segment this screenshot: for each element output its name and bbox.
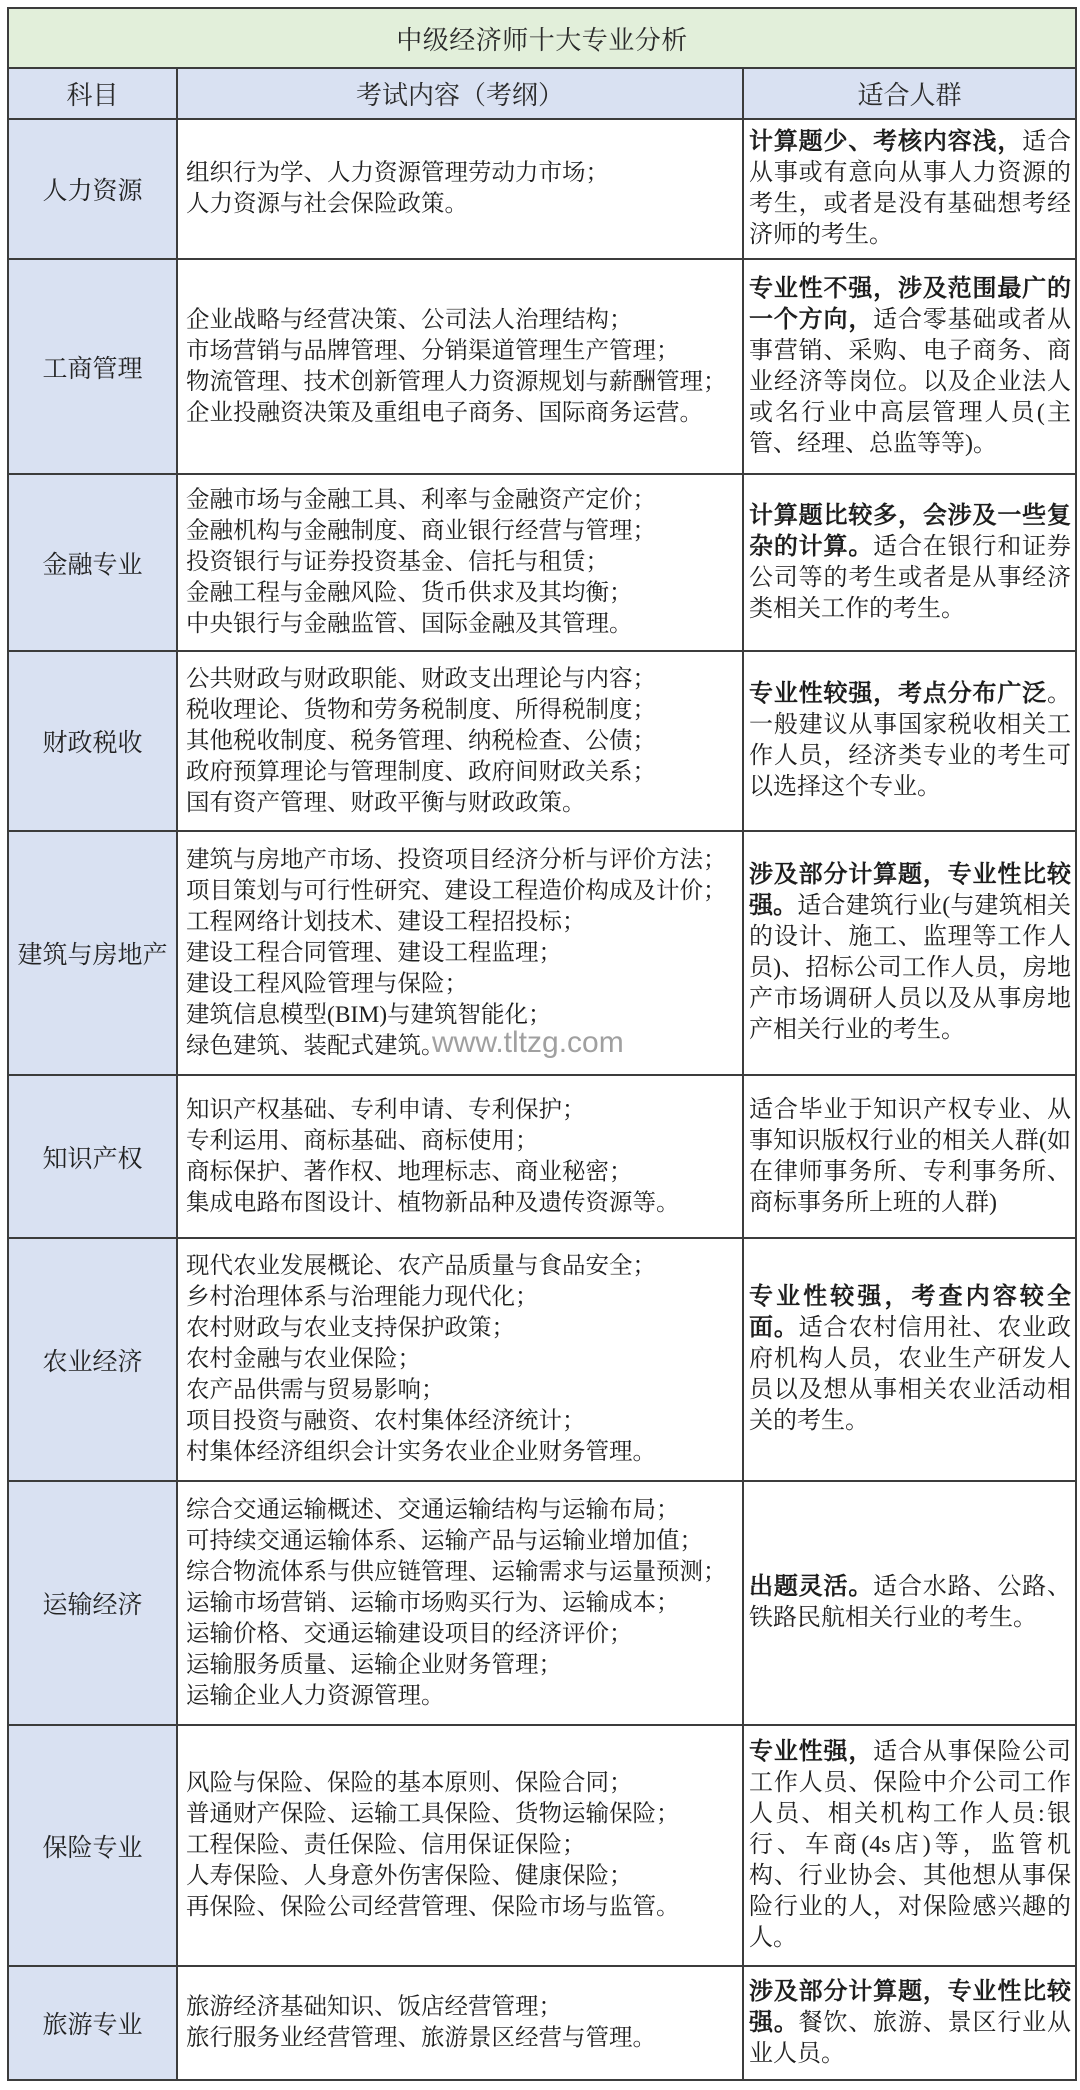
subject-cell: 农业经济 bbox=[9, 1239, 178, 1482]
subject-cell: 保险专业 bbox=[9, 1726, 178, 1967]
exam-content-cell: 公共财政与财政职能、财政支出理论与内容； 税收理论、货物和劳务税制度、所得税制度… bbox=[178, 652, 744, 832]
exam-content-cell: 综合交通运输概述、交通运输结构与运输布局； 可持续交通运输体系、运输产品与运输业… bbox=[178, 1482, 744, 1726]
header-subject-label: 科目 bbox=[66, 75, 118, 112]
content-line: 建筑与房地产市场、投资项目经济分析与评价方法； bbox=[186, 845, 742, 876]
audience-highlight: 计算题少、考核内容浅， bbox=[749, 129, 1022, 155]
audience-text: 适合建筑行业(与建筑相关的设计、施工、监理等工作人员)、招标公司工作人员，房地产… bbox=[749, 893, 1071, 1043]
table-title-text: 中级经济师十大专业分析 bbox=[396, 20, 688, 57]
content-line: 再保险、保险公司经营管理、保险市场与监管。 bbox=[186, 1892, 742, 1923]
content-line: 企业投融资决策及重组电子商务、国际商务运营。 bbox=[186, 398, 742, 429]
audience-paragraph: 专业性较强，考查内容较全面。适合农村信用社、农业政府机构人员，农业生产研发人员以… bbox=[749, 1282, 1071, 1437]
content-line: 运输企业人力资源管理。 bbox=[186, 1681, 742, 1712]
subject-cell: 工商管理 bbox=[9, 260, 178, 475]
content-line: 知识产权基础、专利申请、专利保护； bbox=[186, 1095, 742, 1126]
exam-content-cell: 金融市场与金融工具、利率与金融资产定价； 金融机构与金融制度、商业银行经营与管理… bbox=[178, 475, 744, 652]
subject-cell: 金融专业 bbox=[9, 475, 178, 652]
audience-paragraph: 计算题比较多，会涉及一些复杂的计算。适合在银行和证券公司等的考生或者是从事经济类… bbox=[749, 501, 1071, 625]
content-line: 乡村治理体系与治理能力现代化； bbox=[186, 1282, 742, 1313]
content-line: 税收理论、货物和劳务税制度、所得税制度； bbox=[186, 695, 742, 726]
header-audience: 适合人群 bbox=[744, 69, 1077, 120]
exam-content-cell: 组织行为学、人力资源管理劳动力市场； 人力资源与社会保险政策。 bbox=[178, 120, 744, 260]
content-line: 金融工程与金融风险、货币供求及其均衡； bbox=[186, 578, 742, 609]
content-line: 人寿保险、人身意外伤害保险、健康保险； bbox=[186, 1861, 742, 1892]
header-content-label: 考试内容（考纲） bbox=[356, 75, 564, 112]
audience-cell: 专业性强，适合从事保险公司工作人员、保险中介公司工作人员、相关机构工作人员:银行… bbox=[744, 1726, 1077, 1967]
subject-label: 金融专业 bbox=[42, 545, 142, 581]
audience-cell: 涉及部分计算题，专业性比较强。适合建筑行业(与建筑相关的设计、施工、监理等工作人… bbox=[744, 832, 1077, 1076]
content-line: 投资银行与证券投资基金、信托与租赁； bbox=[186, 547, 742, 578]
content-line: 政府预算理论与管理制度、政府间财政关系； bbox=[186, 757, 742, 788]
content-line: 农村金融与农业保险； bbox=[186, 1344, 742, 1375]
exam-content-cell: 企业战略与经营决策、公司法人治理结构； 市场营销与品牌管理、分销渠道管理生产管理… bbox=[178, 260, 744, 475]
content-line: 工程保险、责任保险、信用保证保险； bbox=[186, 1830, 742, 1861]
content-line: 中央银行与金融监管、国际金融及其管理。 bbox=[186, 609, 742, 640]
content-line: 组织行为学、人力资源管理劳动力市场； bbox=[186, 158, 742, 189]
subject-cell: 财政税收 bbox=[9, 652, 178, 832]
header-content: 考试内容（考纲） bbox=[178, 69, 744, 120]
content-line: 建设工程合同管理、建设工程监理； bbox=[186, 938, 742, 969]
audience-cell: 专业性较强，考查内容较全面。适合农村信用社、农业政府机构人员，农业生产研发人员以… bbox=[744, 1239, 1077, 1482]
exam-content-cell: 风险与保险、保险的基本原则、保险合同； 普通财产保险、运输工具保险、货物运输保险… bbox=[178, 1726, 744, 1967]
content-line: 运输服务质量、运输企业财务管理； bbox=[186, 1650, 742, 1681]
audience-cell: 计算题少、考核内容浅，适合从事或有意向从事人力资源的考生，或者是没有基础想考经济… bbox=[744, 120, 1077, 260]
subject-label: 旅游专业 bbox=[42, 2005, 142, 2041]
content-line: 项目策划与可行性研究、建设工程造价构成及计价； bbox=[186, 876, 742, 907]
header-subject: 科目 bbox=[9, 69, 178, 120]
exam-content-cell: 旅游经济基础知识、饭店经营管理； 旅行服务业经营管理、旅游景区经营与管理。 bbox=[178, 1967, 744, 2081]
majors-analysis-table: 中级经济师十大专业分析 科目 考试内容（考纲） 适合人群 人力资源 组织行为学、… bbox=[7, 7, 1077, 2081]
audience-highlight: 专业性较强，考点分布广泛 bbox=[749, 681, 1047, 707]
content-line: 综合物流体系与供应链管理、运输需求与运量预测； bbox=[186, 1557, 742, 1588]
subject-label: 知识产权 bbox=[42, 1139, 142, 1175]
subject-cell: 知识产权 bbox=[9, 1076, 178, 1239]
content-line: 公共财政与财政职能、财政支出理论与内容； bbox=[186, 664, 742, 695]
content-line: 物流管理、技术创新管理人力资源规划与薪酬管理； bbox=[186, 367, 742, 398]
subject-label: 运输经济 bbox=[42, 1585, 142, 1621]
content-line: 农村财政与农业支持保护政策； bbox=[186, 1313, 742, 1344]
audience-highlight: 出题灵活。 bbox=[749, 1574, 873, 1600]
content-line: 工程网络计划技术、建设工程招投标； bbox=[186, 907, 742, 938]
audience-cell: 计算题比较多，会涉及一些复杂的计算。适合在银行和证券公司等的考生或者是从事经济类… bbox=[744, 475, 1077, 652]
content-line: 绿色建筑、装配式建筑。 bbox=[186, 1031, 742, 1062]
audience-cell: 适合毕业于知识产权专业、从事知识版权行业的相关人群(如在律师事务所、专利事务所、… bbox=[744, 1076, 1077, 1239]
subject-cell: 运输经济 bbox=[9, 1482, 178, 1726]
subject-label: 财政税收 bbox=[42, 723, 142, 759]
subject-label: 人力资源 bbox=[42, 171, 142, 207]
content-line: 村集体经济组织会计实务农业企业财务管理。 bbox=[186, 1437, 742, 1468]
exam-content-cell: 知识产权基础、专利申请、专利保护； 专利运用、商标基础、商标使用； 商标保护、著… bbox=[178, 1076, 744, 1239]
content-line: 商标保护、著作权、地理标志、商业秘密； bbox=[186, 1157, 742, 1188]
content-line: 金融市场与金融工具、利率与金融资产定价； bbox=[186, 485, 742, 516]
table-title: 中级经济师十大专业分析 bbox=[9, 9, 1077, 69]
audience-paragraph: 专业性不强，涉及范围最广的一个方向，适合零基础或者从事营销、采购、电子商务、商业… bbox=[749, 274, 1071, 460]
subject-cell: 旅游专业 bbox=[9, 1967, 178, 2081]
subject-label: 农业经济 bbox=[42, 1342, 142, 1378]
content-line: 集成电路布图设计、植物新品种及遗传资源等。 bbox=[186, 1188, 742, 1219]
content-line: 企业战略与经营决策、公司法人治理结构； bbox=[186, 305, 742, 336]
content-line: 人力资源与社会保险政策。 bbox=[186, 189, 742, 220]
audience-cell: 专业性较强，考点分布广泛。一般建议从事国家税收相关工作人员，经济类专业的考生可以… bbox=[744, 652, 1077, 832]
content-line: 金融机构与金融制度、商业银行经营与管理； bbox=[186, 516, 742, 547]
content-line: 市场营销与品牌管理、分销渠道管理生产管理； bbox=[186, 336, 742, 367]
audience-paragraph: 出题灵活。适合水路、公路、铁路民航相关行业的考生。 bbox=[749, 1572, 1071, 1634]
audience-text: 适合从事保险公司工作人员、保险中介公司工作人员、相关机构工作人员:银行、车商(4… bbox=[749, 1739, 1071, 1951]
audience-paragraph: 适合毕业于知识产权专业、从事知识版权行业的相关人群(如在律师事务所、专利事务所、… bbox=[749, 1095, 1071, 1219]
exam-content-cell: 建筑与房地产市场、投资项目经济分析与评价方法； 项目策划与可行性研究、建设工程造… bbox=[178, 832, 744, 1076]
content-line: 建筑信息模型(BIM)与建筑智能化； bbox=[186, 1000, 742, 1031]
subject-label: 工商管理 bbox=[42, 349, 142, 385]
audience-text: 适合毕业于知识产权专业、从事知识版权行业的相关人群(如在律师事务所、专利事务所、… bbox=[749, 1097, 1071, 1216]
content-line: 可持续交通运输体系、运输产品与运输业增加值； bbox=[186, 1526, 742, 1557]
subject-cell: 建筑与房地产 bbox=[9, 832, 178, 1076]
subject-label: 保险专业 bbox=[42, 1828, 142, 1864]
content-line: 运输价格、交通运输建设项目的经济评价； bbox=[186, 1619, 742, 1650]
content-line: 综合交通运输概述、交通运输结构与运输布局； bbox=[186, 1495, 742, 1526]
content-line: 普通财产保险、运输工具保险、货物运输保险； bbox=[186, 1799, 742, 1830]
subject-cell: 人力资源 bbox=[9, 120, 178, 260]
audience-paragraph: 专业性较强，考点分布广泛。一般建议从事国家税收相关工作人员，经济类专业的考生可以… bbox=[749, 679, 1071, 803]
audience-cell: 专业性不强，涉及范围最广的一个方向，适合零基础或者从事营销、采购、电子商务、商业… bbox=[744, 260, 1077, 475]
content-line: 国有资产管理、财政平衡与财政政策。 bbox=[186, 788, 742, 819]
content-line: 旅行服务业经营管理、旅游景区经营与管理。 bbox=[186, 2023, 742, 2054]
content-line: 项目投资与融资、农村集体经济统计； bbox=[186, 1406, 742, 1437]
audience-paragraph: 计算题少、考核内容浅，适合从事或有意向从事人力资源的考生，或者是没有基础想考经济… bbox=[749, 127, 1071, 251]
exam-content-cell: 现代农业发展概论、农产品质量与食品安全； 乡村治理体系与治理能力现代化； 农村财… bbox=[178, 1239, 744, 1482]
content-line: 专利运用、商标基础、商标使用； bbox=[186, 1126, 742, 1157]
audience-cell: 出题灵活。适合水路、公路、铁路民航相关行业的考生。 bbox=[744, 1482, 1077, 1726]
audience-cell: 涉及部分计算题，专业性比较强。餐饮、旅游、景区行业从业人员。 bbox=[744, 1967, 1077, 2081]
audience-paragraph: 专业性强，适合从事保险公司工作人员、保险中介公司工作人员、相关机构工作人员:银行… bbox=[749, 1737, 1071, 1954]
audience-highlight: 专业性强， bbox=[749, 1739, 873, 1765]
audience-paragraph: 涉及部分计算题，专业性比较强。适合建筑行业(与建筑相关的设计、施工、监理等工作人… bbox=[749, 860, 1071, 1046]
content-line: 现代农业发展概论、农产品质量与食品安全； bbox=[186, 1251, 742, 1282]
content-line: 旅游经济基础知识、饭店经营管理； bbox=[186, 1992, 742, 2023]
content-line: 建设工程风险管理与保险； bbox=[186, 969, 742, 1000]
subject-label: 建筑与房地产 bbox=[17, 935, 167, 971]
content-line: 风险与保险、保险的基本原则、保险合同； bbox=[186, 1768, 742, 1799]
content-line: 其他税收制度、税务管理、纳税检查、公债； bbox=[186, 726, 742, 757]
header-audience-label: 适合人群 bbox=[857, 75, 961, 112]
content-line: 农产品供需与贸易影响； bbox=[186, 1375, 742, 1406]
audience-paragraph: 涉及部分计算题，专业性比较强。餐饮、旅游、景区行业从业人员。 bbox=[749, 1977, 1071, 2070]
content-line: 运输市场营销、运输市场购买行为、运输成本； bbox=[186, 1588, 742, 1619]
